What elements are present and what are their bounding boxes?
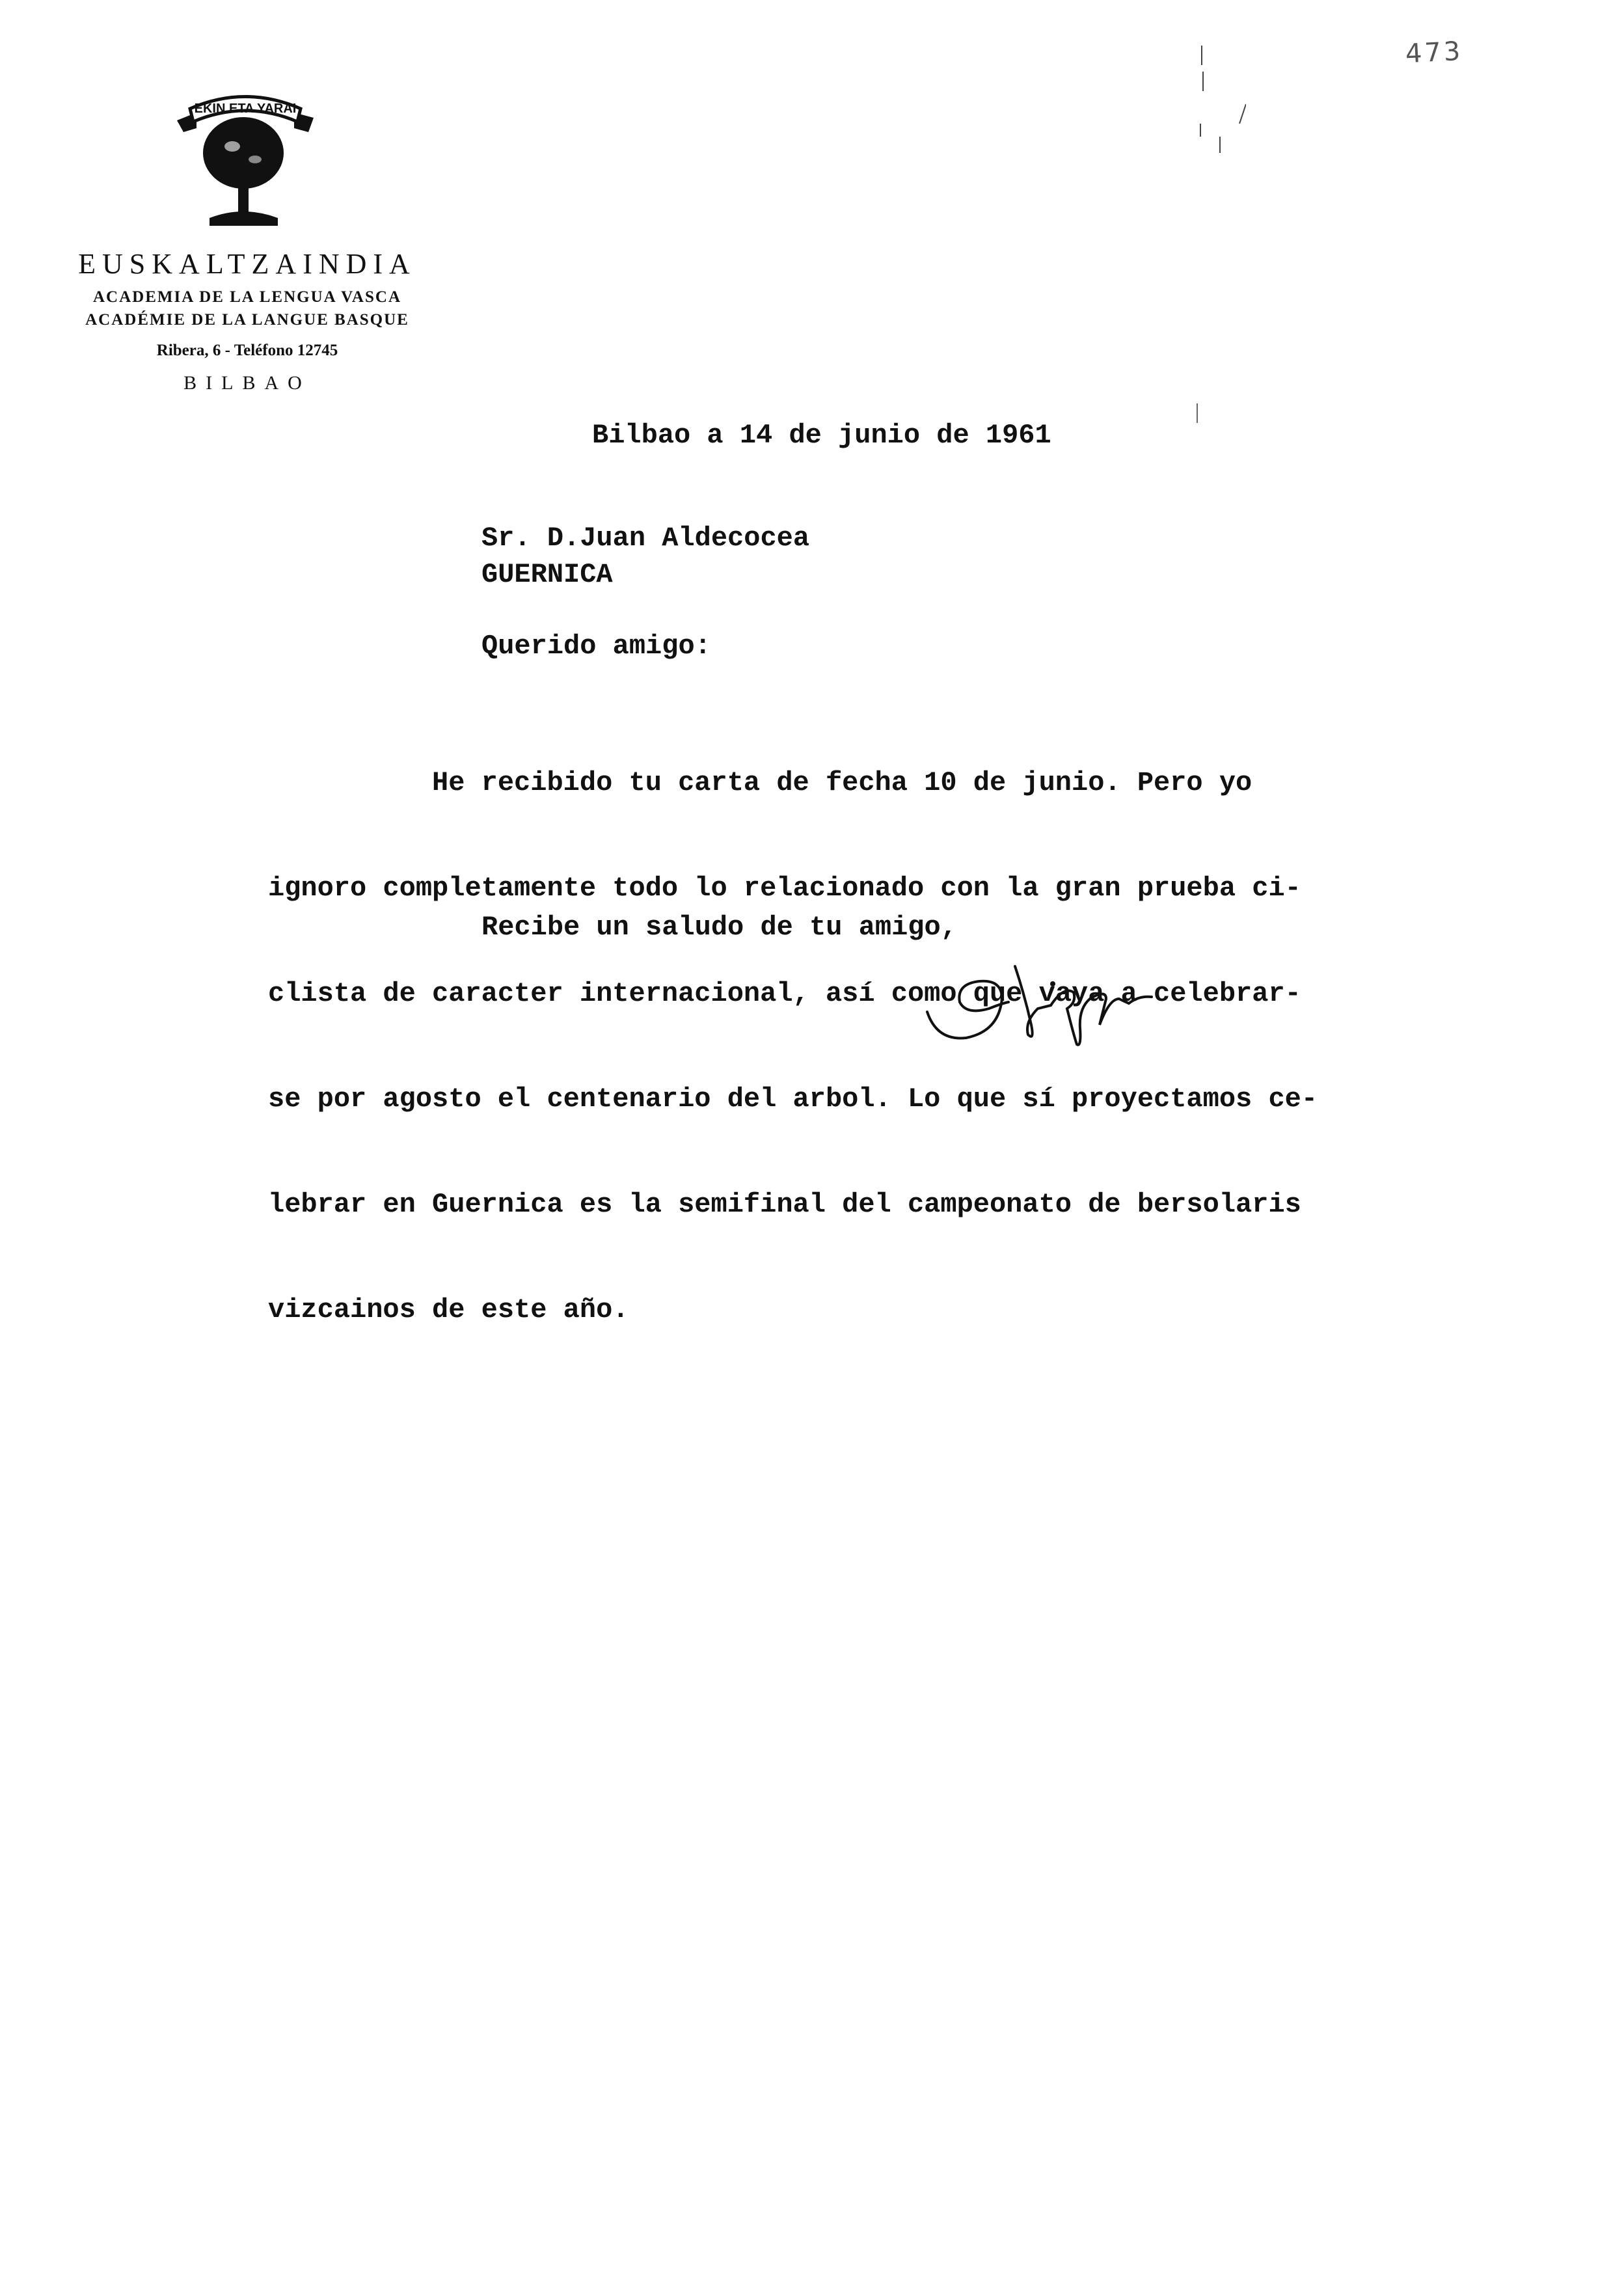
recipient-city: GUERNICA bbox=[481, 557, 613, 592]
closing: Recibe un saludo de tu amigo, bbox=[481, 910, 957, 945]
org-subtitle-spanish: ACADEMIA DE LA LENGUA VASCA bbox=[59, 288, 436, 306]
svg-text:EKIN ETA YARAI: EKIN ETA YARAI bbox=[195, 102, 297, 116]
handwritten-signature-icon bbox=[911, 950, 1158, 1061]
body-line: lebrar en Guernica es la semifinal del c… bbox=[268, 1187, 1318, 1222]
org-subtitle-french: ACADÉMIE DE LA LANGUE BASQUE bbox=[59, 311, 436, 329]
body-line: He recibido tu carta de fecha 10 de juni… bbox=[268, 765, 1318, 800]
letter-body: He recibido tu carta de fecha 10 de juni… bbox=[268, 695, 1318, 1363]
archive-number: 473 bbox=[1405, 36, 1464, 70]
org-city: BILBAO bbox=[59, 372, 436, 394]
org-name: EUSKALTZAINDIA bbox=[65, 247, 429, 280]
scan-artifact-marks-icon bbox=[1194, 39, 1246, 429]
oak-tree-emblem-icon: EKIN ETA YARAI bbox=[170, 81, 320, 231]
recipient-name: Sr. D.Juan Aldecocea bbox=[481, 521, 809, 556]
body-line: se por agosto el centenario del arbol. L… bbox=[268, 1081, 1318, 1117]
body-line: vizcainos de este año. bbox=[268, 1292, 1318, 1327]
letter-date: Bilbao a 14 de junio de 1961 bbox=[592, 418, 1051, 453]
body-line: clista de caracter internacional, así co… bbox=[268, 976, 1318, 1011]
org-address: Ribera, 6 - Teléfono 12745 bbox=[59, 342, 436, 360]
salutation: Querido amigo: bbox=[481, 629, 711, 664]
body-line: ignoro completamente todo lo relacionado… bbox=[268, 871, 1318, 906]
